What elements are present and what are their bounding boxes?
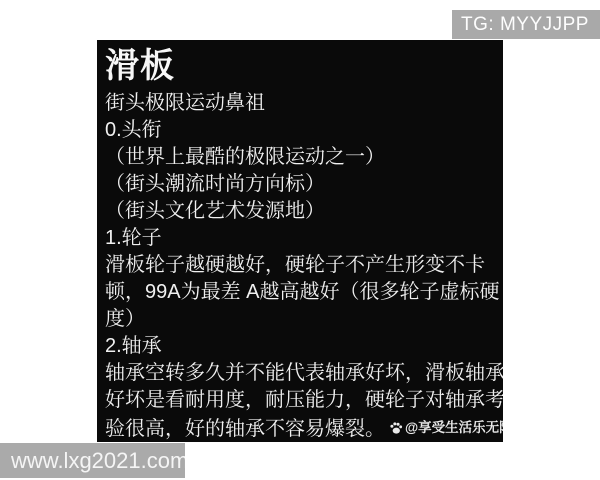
article-line: （街头潮流时尚方向标） <box>105 171 495 198</box>
author-watermark-text: @享受生活乐无限 <box>405 414 503 441</box>
section-heading-2: 2.轴承 <box>105 333 495 360</box>
section-heading-0: 0.头衔 <box>105 117 495 144</box>
site-watermark-badge: www.lxg2021.com <box>0 443 185 478</box>
author-watermark: @享受生活乐无限 <box>389 414 503 441</box>
article-line: 验很高，好的轴承不容易爆裂。 <box>105 416 385 443</box>
article-subtitle: 街头极限运动鼻祖 <box>105 90 495 117</box>
article-line: 度） <box>105 306 495 333</box>
article-last-line: 验很高，好的轴承不容易爆裂。 @享受生活乐无限 <box>105 414 495 442</box>
article-card: 滑板 街头极限运动鼻祖 0.头衔 （世界上最酷的极限运动之一） （街头潮流时尚方… <box>97 40 503 442</box>
article-line: 滑板轮子越硬越好，硬轮子不产生形变不卡 <box>105 252 495 279</box>
article-line: （街头文化艺术发源地） <box>105 198 495 225</box>
article-line: 顿，99A为最差 A越高越好（很多轮子虚标硬 <box>105 279 495 306</box>
paw-icon <box>389 421 403 435</box>
section-heading-1: 1.轮子 <box>105 225 495 252</box>
article-line: 轴承空转多久并不能代表轴承好坏，滑板轴承 <box>105 360 495 387</box>
article-line: （世界上最酷的极限运动之一） <box>105 144 495 171</box>
article-title: 滑板 <box>105 42 495 90</box>
tg-watermark-badge: TG: MYYJJPP <box>452 10 600 39</box>
article-line: 好坏是看耐用度，耐压能力，硬轮子对轴承考 <box>105 387 495 414</box>
